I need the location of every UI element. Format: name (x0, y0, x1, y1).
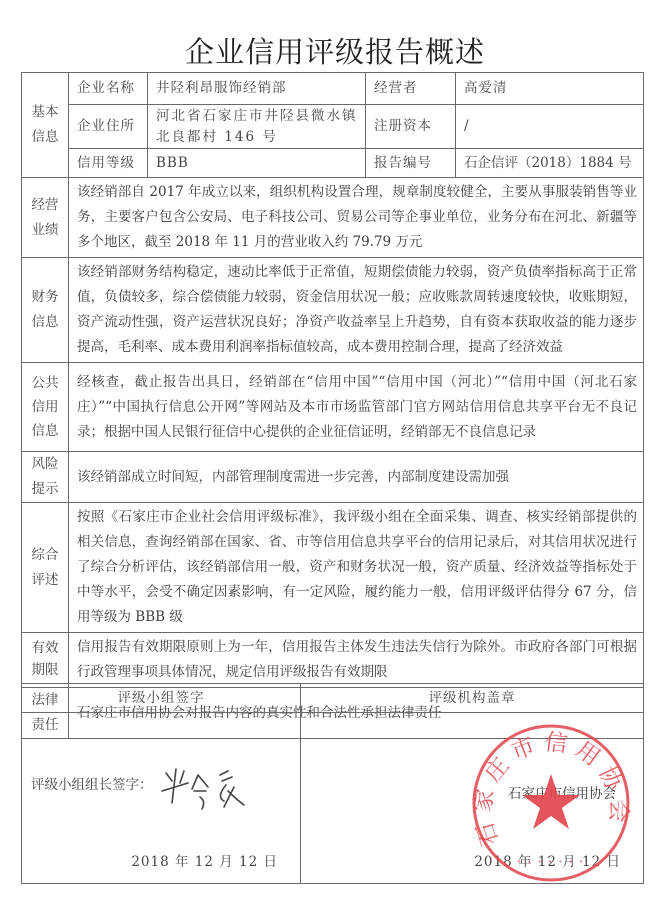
agency-seal-date: 2018 年 12 月 12 日 (474, 850, 621, 875)
overall-review-text: 按照《石家庄市企业社会信用评级标准》，我评级小组在全面采集、调查、核实经销部提供… (69, 503, 644, 633)
row-risk-warning: 风险提示 该经销部成立时间短，内部管理制度需进一步完善，内部制度建设需加强 (22, 452, 644, 503)
agency-name: 石家庄市信用协会 (508, 782, 616, 802)
row-validity-period: 有效期限 信用报告有效期限原则上为一年，信用报告主体发生违法失信行为除外。市政府… (22, 633, 644, 688)
report-summary-table: 基本信息 企业名称 井陉利昂服饰经销部 经营者 高爱清 企业住所 河北省石家庄市… (21, 72, 644, 739)
row-enterprise-name: 基本信息 企业名称 井陉利昂服饰经销部 经营者 高爱清 (22, 73, 644, 105)
label-text: 经营业绩 (30, 193, 60, 243)
enterprise-name-value: 井陉利昂服饰经销部 (148, 73, 366, 105)
validity-period-text: 信用报告有效期限原则上为一年，信用报告主体发生违法失信行为除外。市政府各部门可根… (69, 633, 644, 688)
row-financial-info: 财务信息 该经销部财务结构稳定，速动比率低于正常值，短期偿债能力较弱，资产负债率… (22, 258, 644, 363)
section-label-financial-info: 财务信息 (22, 258, 69, 363)
field-label: 信用等级 (69, 149, 148, 178)
section-label-basic-info: 基本信息 (22, 73, 69, 178)
section-label-business-performance: 经营业绩 (22, 178, 69, 258)
financial-info-text: 该经销部财务结构稳定，速动比率低于正常值，短期偿债能力较弱，资产负债率指标高于正… (69, 258, 644, 363)
field-label: 经营者 (366, 73, 456, 105)
row-public-credit-info: 公共信用信息 经核查，截止报告出具日，经销部在“信用中国”“信用中国（河北）”“… (22, 363, 644, 452)
registered-capital-value: / (456, 105, 644, 149)
label-text: 财务信息 (30, 285, 60, 335)
row-enterprise-address: 企业住所 河北省石家庄市井陉县微水镇北良都村 146 号 注册资本 / (22, 105, 644, 149)
label-text: 公共信用信息 (30, 371, 60, 443)
label-text: 基本信息 (30, 100, 60, 150)
report-number-value: 石企信评（2018）1884 号 (456, 149, 644, 178)
section-label-validity-period: 有效期限 (22, 633, 69, 688)
operator-value: 高爱清 (456, 73, 644, 105)
field-label: 企业住所 (69, 105, 148, 149)
section-label-risk-warning: 风险提示 (22, 452, 69, 503)
business-performance-text: 该经销部自 2017 年成立以来，组织机构设置合理，规章制度较健全，主要从事服装… (69, 178, 644, 258)
enterprise-address-value: 河北省石家庄市井陉县微水镇北良都村 146 号 (148, 105, 366, 149)
row-business-performance: 经营业绩 该经销部自 2017 年成立以来，组织机构设置合理，规章制度较健全，主… (22, 178, 644, 258)
team-signature-date: 2018 年 12 月 12 日 (131, 850, 278, 875)
label-text: 风险提示 (30, 452, 60, 502)
field-label: 注册资本 (366, 105, 456, 149)
credit-grade-value: BBB (148, 149, 366, 178)
rating-team-signature-cell: 评级小组组长签字： 2018 年 12 月 12 日 (22, 713, 301, 884)
risk-warning-text: 该经销部成立时间短，内部管理制度需进一步完善，内部制度建设需加强 (69, 452, 644, 503)
handwritten-signature-icon (154, 761, 274, 821)
page-title: 企业信用评级报告概述 (0, 30, 670, 71)
field-label: 报告编号 (366, 149, 456, 178)
rating-team-signature-header: 评级小组签字 (22, 684, 301, 713)
label-text: 综合评述 (30, 543, 60, 593)
public-credit-info-text: 经核查，截止报告出具日，经销部在“信用中国”“信用中国（河北）”“信用中国（河北… (69, 363, 644, 452)
team-leader-signature-label: 评级小组组长签字： (31, 773, 153, 798)
rating-agency-seal-header: 评级机构盖章 (301, 684, 644, 713)
row-overall-review: 综合评述 按照《石家庄市企业社会信用评级标准》，我评级小组在全面采集、调查、核实… (22, 503, 644, 633)
section-label-public-credit-info: 公共信用信息 (22, 363, 69, 452)
field-label: 企业名称 (69, 73, 148, 105)
section-label-overall-review: 综合评述 (22, 503, 69, 633)
row-credit-grade: 信用等级 BBB 报告编号 石企信评（2018）1884 号 (22, 149, 644, 178)
label-text: 有效期限 (30, 637, 60, 681)
